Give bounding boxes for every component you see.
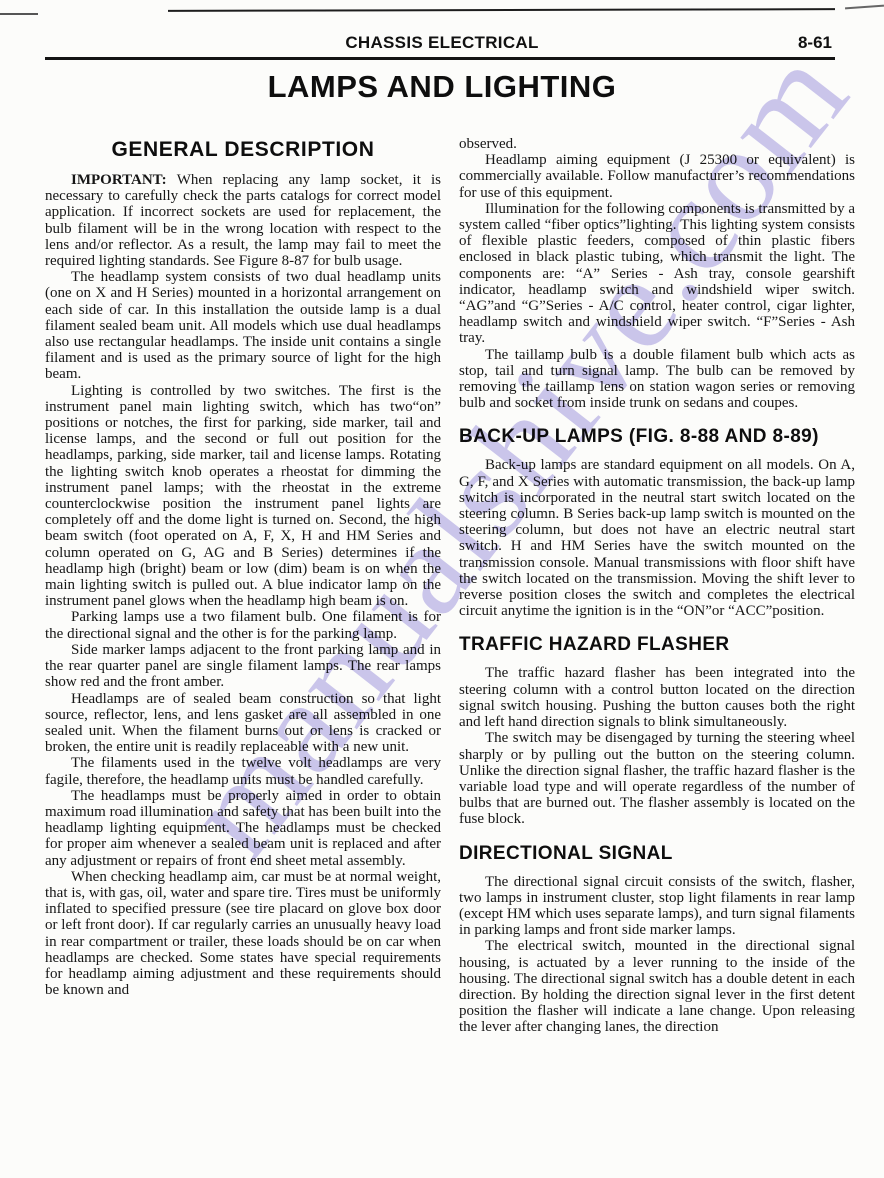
- section-heading: GENERAL DESCRIPTION: [45, 138, 441, 162]
- paragraph: Parking lamps use a two filament bulb. O…: [45, 609, 441, 641]
- section-heading: DIRECTIONAL SIGNAL: [459, 843, 855, 865]
- section-heading: BACK-UP LAMPS (FIG. 8-88 AND 8-89): [459, 426, 855, 448]
- paragraph: IMPORTANT: When replacing any lamp socke…: [45, 172, 441, 269]
- paragraph: The traffic hazard flasher has been inte…: [459, 665, 855, 730]
- header-rule: [45, 57, 835, 60]
- paragraph: When checking headlamp aim, car must be …: [45, 869, 441, 999]
- paragraph: The headlamps must be properly aimed in …: [45, 788, 441, 869]
- page-number: 8-61: [798, 33, 832, 53]
- paragraph: The directional signal circuit consists …: [459, 874, 855, 939]
- top-left-scan-dash: [0, 13, 38, 15]
- page-header: CHASSIS ELECTRICAL 8-61: [0, 33, 884, 57]
- left-column: GENERAL DESCRIPTION IMPORTANT: When repl…: [45, 136, 441, 998]
- paragraph: Back-up lamps are standard equipment on …: [459, 457, 855, 619]
- paragraph: Illumination for the following component…: [459, 201, 855, 347]
- paragraph: The filaments used in the twelve volt he…: [45, 755, 441, 787]
- running-head: CHASSIS ELECTRICAL: [0, 33, 884, 53]
- paragraph: Side marker lamps adjacent to the front …: [45, 642, 441, 691]
- right-column: observed.Headlamp aiming equipment (J 25…: [459, 136, 855, 1036]
- top-right-scan-dash: [845, 5, 884, 10]
- two-column-body: GENERAL DESCRIPTION IMPORTANT: When repl…: [45, 136, 856, 1036]
- paragraph: The taillamp bulb is a double filament b…: [459, 347, 855, 412]
- section-heading: TRAFFIC HAZARD FLASHER: [459, 634, 855, 656]
- left-column-paragraphs: IMPORTANT: When replacing any lamp socke…: [45, 172, 441, 998]
- page-title: LAMPS AND LIGHTING: [0, 69, 884, 105]
- paragraph: Lighting is controlled by two switches. …: [45, 383, 441, 610]
- top-scan-line: [168, 8, 835, 12]
- paragraph: The switch may be disengaged by turning …: [459, 730, 855, 827]
- paragraph: The electrical switch, mounted in the di…: [459, 938, 855, 1035]
- paragraph: observed.: [459, 136, 855, 152]
- paragraph: The headlamp system consists of two dual…: [45, 269, 441, 382]
- paragraph-lead: IMPORTANT:: [71, 172, 177, 188]
- paragraph: Headlamp aiming equipment (J 25300 or eq…: [459, 152, 855, 201]
- right-column-sections: observed.Headlamp aiming equipment (J 25…: [459, 136, 855, 1036]
- paragraph: Headlamps are of sealed beam constructio…: [45, 691, 441, 756]
